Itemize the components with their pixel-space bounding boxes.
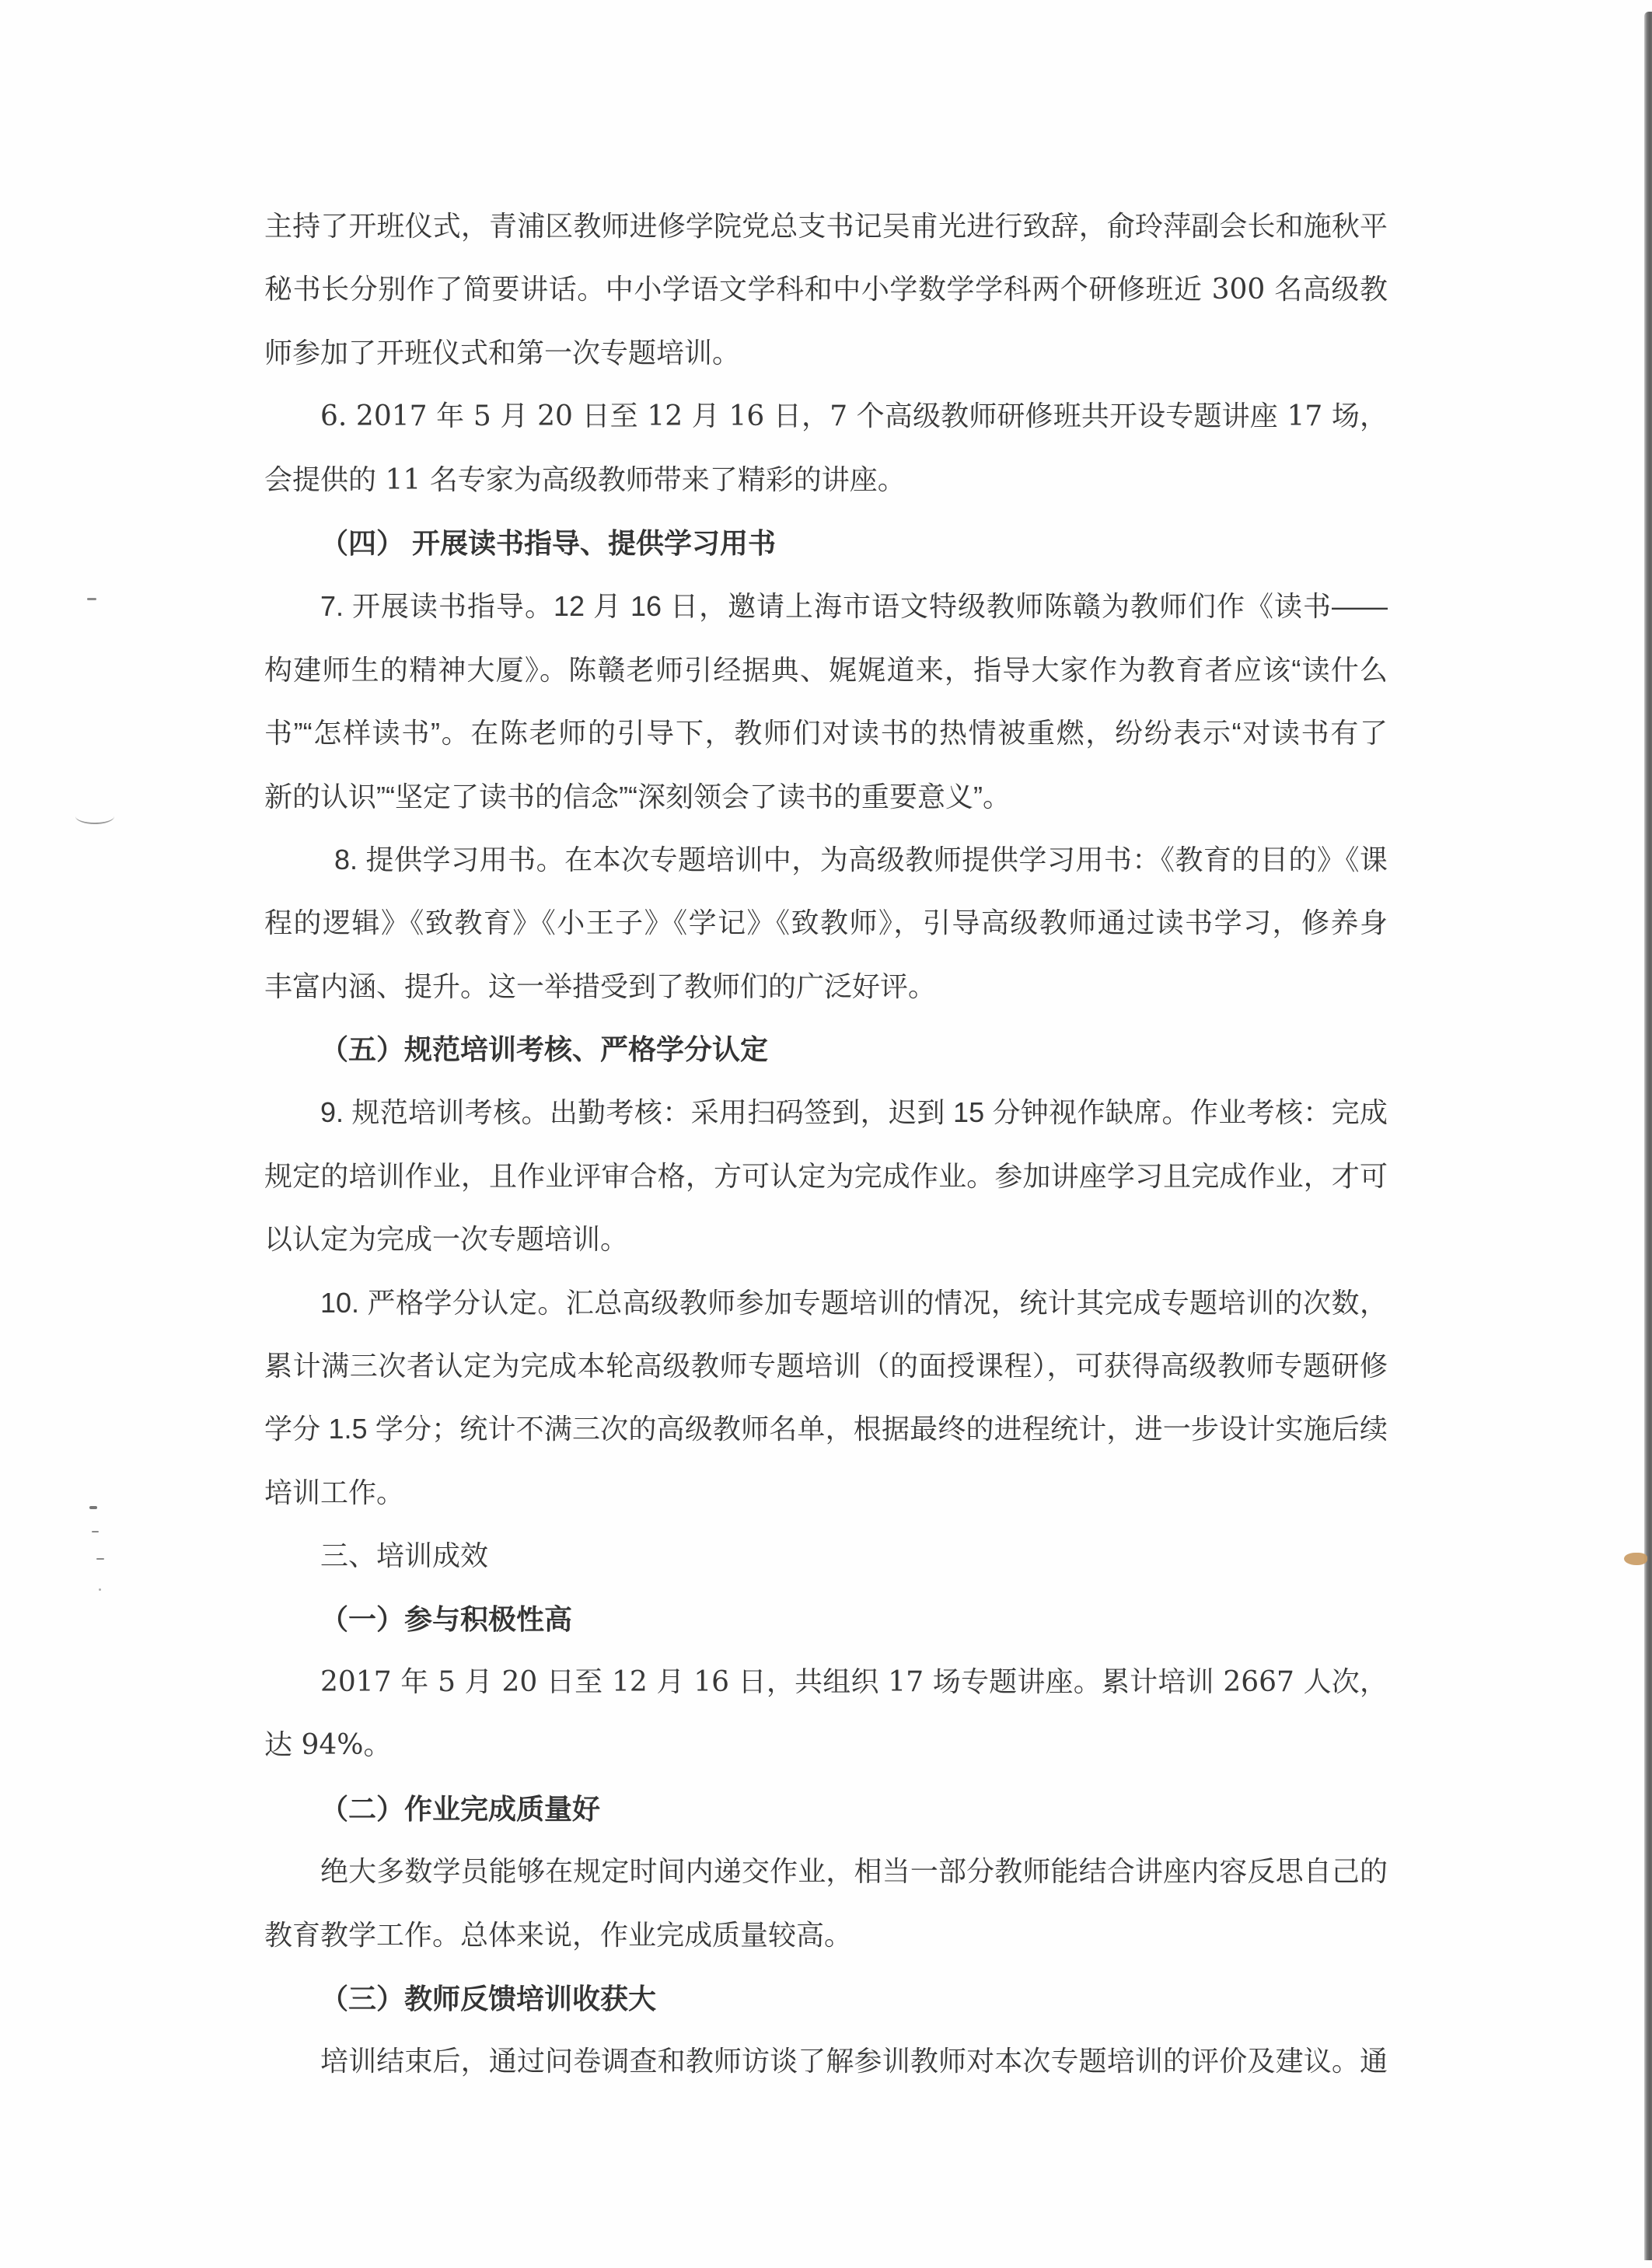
paragraph-item-6-line: 6. 2017 年 5 月 20 日至 12 月 16 日，7 个高级教师研修班… xyxy=(264,385,1388,448)
paragraph-line: 2017 年 5 月 20 日至 12 月 16 日，共组织 17 场专题讲座。… xyxy=(264,1651,1388,1714)
subheading-teacher-feedback: （三）教师反馈培训收获大 xyxy=(264,1967,1388,2030)
scanner-edge-shadow xyxy=(1644,12,1652,2260)
paragraph-line: 绝大多数学员能够在规定时间内递交作业，相当一部分教师能结合讲座内容反思自己的 xyxy=(264,1840,1388,1903)
paragraph-item-10-line: 培训工作。 xyxy=(264,1461,1388,1524)
paragraph-item-9-line: 9. 规范培训考核。出勤考核：采用扫码签到，迟到 15 分钟视作缺席。作业考核：… xyxy=(264,1081,1388,1144)
scan-speck xyxy=(87,598,96,600)
paragraph-item-10-line: 累计满三次者认定为完成本轮高级教师专题培训（的面授课程），可获得高级教师专题研修 xyxy=(264,1334,1388,1397)
scan-speck xyxy=(92,1531,99,1532)
paragraph-line: 达 94%。 xyxy=(264,1714,1388,1777)
section-heading-training-results: 三、培训成效 xyxy=(264,1524,1388,1587)
paragraph-item-10-line: 10. 严格学分认定。汇总高级教师参加专题培训的情况，统计其完成专题培训的次数， xyxy=(264,1271,1388,1334)
scan-speck xyxy=(89,1506,97,1509)
scan-speck xyxy=(99,1588,101,1591)
paragraph-line: 培训结束后，通过问卷调查和教师访谈了解参训教师对本次专题培训的评价及建议。通 xyxy=(264,2030,1388,2093)
subheading-reading-guidance: （四） 开展读书指导、提供学习用书 xyxy=(264,512,1388,575)
subheading-assessment-credits: （五）规范培训考核、严格学分认定 xyxy=(264,1018,1388,1081)
paragraph-line: 教育教学工作。总体来说，作业完成质量较高。 xyxy=(264,1904,1388,1967)
paragraph-item-9-line: 规定的培训作业，且作业评审合格，方可认定为完成作业。参加讲座学习且完成作业，才可 xyxy=(264,1144,1388,1207)
scan-speck xyxy=(96,1558,104,1560)
paragraph-item-10-line: 学分 1.5 学分；统计不满三次的高级教师名单，根据最终的进程统计，进一步设计实… xyxy=(264,1397,1388,1460)
paragraph-line: 师参加了开班仪式和第一次专题培训。 xyxy=(264,322,1388,385)
scanned-page: 主持了开班仪式，青浦区教师进修学院党总支书记吴甫光进行致辞，俞玲萍副会长和施秋平… xyxy=(0,0,1652,2268)
paper-smudge xyxy=(1624,1553,1647,1565)
paragraph-item-8-line: 程的逻辑》《致教育》《小王子》《学记》《致教师》，引导高级教师通过读书学习，修养… xyxy=(264,891,1388,954)
paragraph-item-9-line: 以认定为完成一次专题培训。 xyxy=(264,1207,1388,1270)
paragraph-item-7-line: 构建师生的精神大厦》。陈赣老师引经据典、娓娓道来，指导大家作为教育者应该“读什么 xyxy=(264,638,1388,701)
subheading-participation: （一）参与积极性高 xyxy=(264,1588,1388,1651)
paragraph-line: 秘书长分别作了简要讲话。中小学语文学科和中小学数学学科两个研修班近 300 名高… xyxy=(264,258,1388,321)
paragraph-item-6-line: 会提供的 11 名专家为高级教师带来了精彩的讲座。 xyxy=(264,449,1388,512)
paragraph-line: 主持了开班仪式，青浦区教师进修学院党总支书记吴甫光进行致辞，俞玲萍副会长和施秋平 xyxy=(264,195,1388,258)
subheading-assignment-quality: （二）作业完成质量好 xyxy=(264,1777,1388,1840)
paragraph-item-7-line: 新的认识”“坚定了读书的信念”“深刻领会了读书的重要意义”。 xyxy=(264,765,1388,828)
document-body: 主持了开班仪式，青浦区教师进修学院党总支书记吴甫光进行致辞，俞玲萍副会长和施秋平… xyxy=(264,195,1388,2094)
paragraph-item-8-line: 丰富内涵、提升。这一举措受到了教师们的广泛好评。 xyxy=(264,955,1388,1018)
paragraph-item-7-line: 7. 开展读书指导。12 月 16 日，邀请上海市语文特级教师陈赣为教师们作《读… xyxy=(264,575,1388,638)
scan-speck xyxy=(75,809,114,824)
paragraph-item-7-line: 书”“怎样读书”。在陈老师的引导下，教师们对读书的热情被重燃，纷纷表示“对读书有… xyxy=(264,701,1388,764)
paragraph-item-8-line: 8. 提供学习用书。在本次专题培训中，为高级教师提供学习用书：《教育的目的》《课 xyxy=(264,828,1388,891)
